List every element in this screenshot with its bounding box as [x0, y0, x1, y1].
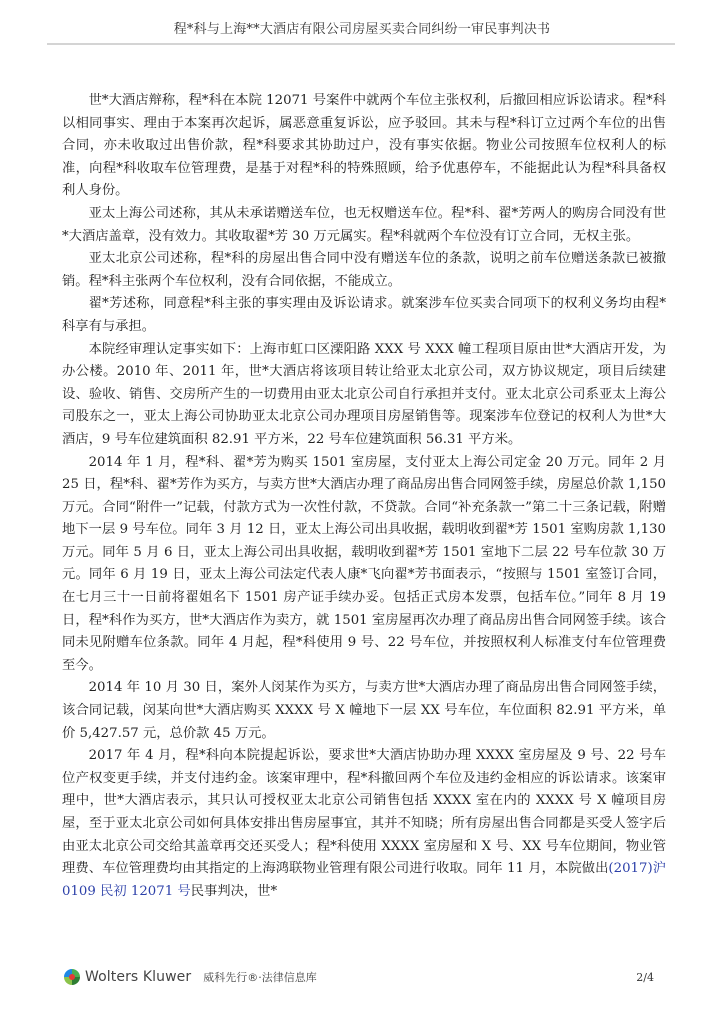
- paragraph-court-findings: 本院经审理认定事实如下：上海市虹口区溧阳路 XXX 号 XXX 幢工程项目原由世…: [62, 339, 666, 452]
- page-number: 2/4: [636, 971, 654, 984]
- paragraph-2014-purchase: 2014 年 1 月，程*科、翟*芳为购买 1501 室房屋，支付亚太上海公司定…: [62, 452, 666, 678]
- page-footer: Wolters Kluwer 威科先行®·法律信息库 2/4: [64, 966, 664, 988]
- document-title: 程*科与上海**大酒店有限公司房屋买卖合同纠纷一审民事判决书: [0, 18, 724, 37]
- header-divider: [47, 43, 675, 45]
- paragraph-yatai-beijing-statement: 亚太北京公司述称，程*科的房屋出售合同中没有赠送车位的条款，说明之前车位赠送条款…: [62, 248, 666, 293]
- brand-name: Wolters Kluwer: [85, 969, 191, 985]
- paragraph-text: 2017 年 4 月，程*科向本院提起诉讼，要求世*大酒店协助办理 XXXX 室…: [62, 748, 666, 876]
- paragraph-text-tail: 民事判决，世*: [191, 884, 277, 899]
- wolters-kluwer-globe-icon: [64, 969, 80, 985]
- paragraph-yatai-shanghai-statement: 亚太上海公司述称，其从未承诺赠送车位，也无权赠送车位。程*科、翟*芳两人的购房合…: [62, 203, 666, 248]
- paragraph-2017-lawsuit: 2017 年 4 月，程*科向本院提起诉讼，要求世*大酒店协助办理 XXXX 室…: [62, 745, 666, 903]
- paragraph-2014-third-party: 2014 年 10 月 30 日，案外人闵某作为买方，与卖方世*大酒店办理了商品…: [62, 677, 666, 745]
- document-body: 世*大酒店辩称，程*科在本院 12071 号案件中就两个车位主张权利，后撤回相应…: [62, 90, 666, 903]
- brand-name-cn: 威科先行®·法律信息库: [203, 969, 317, 985]
- paragraph-defense-shi-hotel: 世*大酒店辩称，程*科在本院 12071 号案件中就两个车位主张权利，后撤回相应…: [62, 90, 666, 203]
- paragraph-zhai-statement: 翟*芳述称，同意程*科主张的事实理由及诉讼请求。就案涉车位买卖合同项下的权利义务…: [62, 293, 666, 338]
